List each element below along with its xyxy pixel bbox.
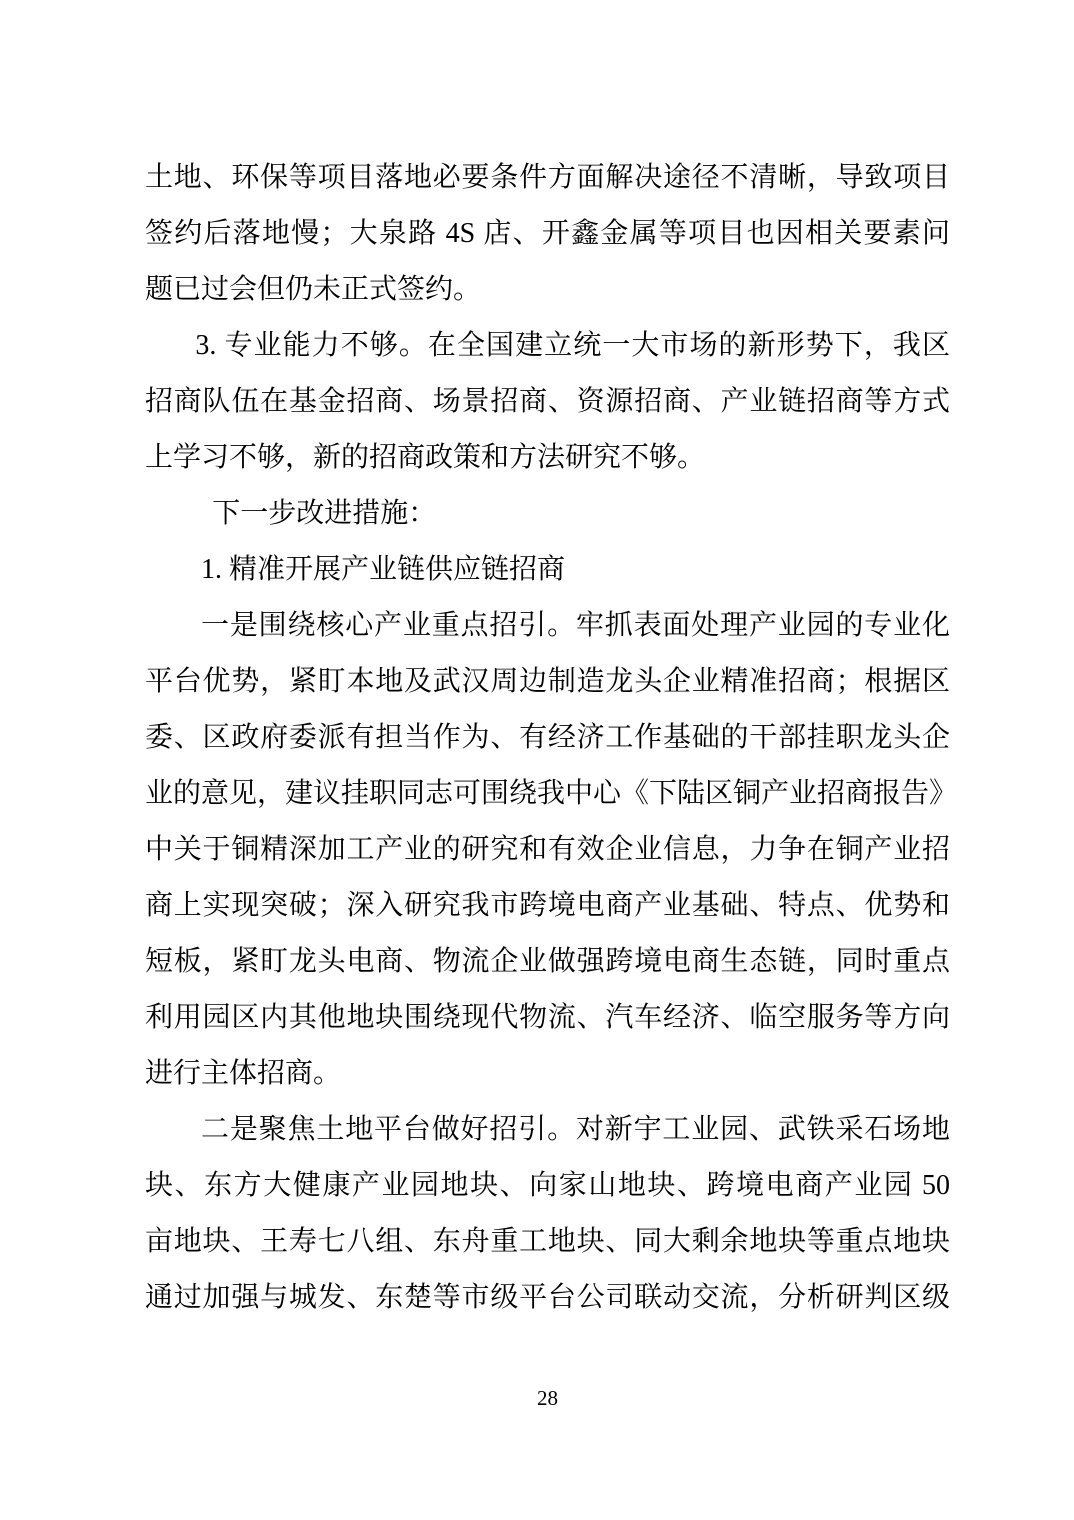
text-line: 委、区政府委派有担当作为、有经济工作基础的干部挂职龙头企 [145, 710, 950, 766]
paragraph: 下一步改进措施： [145, 486, 950, 542]
text-line: 亩地块、王寿七八组、东舟重工地块、同大剩余地块等重点地块 [145, 1214, 950, 1270]
text-line: 进行主体招商。 [145, 1046, 950, 1102]
text-line: 土地、环保等项目落地必要条件方面解决途径不清晰，导致项目 [145, 150, 950, 206]
text-line: 二是聚焦土地平台做好招引。对新宇工业园、武铁采石场地 [145, 1102, 950, 1158]
paragraph: 二是聚焦土地平台做好招引。对新宇工业园、武铁采石场地块、东方大健康产业园地块、向… [145, 1102, 950, 1326]
text-line: 招商队伍在基金招商、场景招商、资源招商、产业链招商等方式 [145, 374, 950, 430]
text-line: 上学习不够，新的招商政策和方法研究不够。 [145, 430, 950, 486]
text-line: 短板，紧盯龙头电商、物流企业做强跨境电商生态链，同时重点 [145, 934, 950, 990]
text-line: 平台优势，紧盯本地及武汉周边制造龙头企业精准招商；根据区 [145, 654, 950, 710]
text-line: 商上实现突破；深入研究我市跨境电商产业基础、特点、优势和 [145, 878, 950, 934]
text-line: 签约后落地慢；大泉路 4S 店、开鑫金属等项目也因相关要素问 [145, 206, 950, 262]
text-line: 一是围绕核心产业重点招引。牢抓表面处理产业园的专业化 [145, 598, 950, 654]
paragraph: 3. 专业能力不够。在全国建立统一大市场的新形势下，我区招商队伍在基金招商、场景… [145, 318, 950, 486]
text-line: 通过加强与城发、东楚等市级平台公司联动交流，分析研判区级 [145, 1270, 950, 1326]
text-line: 利用园区内其他地块围绕现代物流、汽车经济、临空服务等方向 [145, 990, 950, 1046]
paragraph: 一是围绕核心产业重点招引。牢抓表面处理产业园的专业化平台优势，紧盯本地及武汉周边… [145, 598, 950, 1102]
text-line: 3. 专业能力不够。在全国建立统一大市场的新形势下，我区 [145, 318, 950, 374]
text-line: 中关于铜精深加工产业的研究和有效企业信息，力争在铜产业招 [145, 822, 950, 878]
text-line: 业的意见，建议挂职同志可围绕我中心《下陆区铜产业招商报告》 [145, 766, 950, 822]
document-page: 土地、环保等项目落地必要条件方面解决途径不清晰，导致项目签约后落地慢；大泉路 4… [0, 0, 1074, 1520]
text-line: 1. 精准开展产业链供应链招商 [145, 542, 950, 598]
paragraph: 土地、环保等项目落地必要条件方面解决途径不清晰，导致项目签约后落地慢；大泉路 4… [145, 150, 950, 318]
text-line: 块、东方大健康产业园地块、向家山地块、跨境电商产业园 50 [145, 1158, 950, 1214]
paragraph: 1. 精准开展产业链供应链招商 [145, 542, 950, 598]
text-line: 题已过会但仍未正式签约。 [145, 262, 950, 318]
page-number: 28 [145, 1385, 950, 1411]
text-line: 下一步改进措施： [145, 486, 950, 542]
document-body: 土地、环保等项目落地必要条件方面解决途径不清晰，导致项目签约后落地慢；大泉路 4… [145, 150, 950, 1326]
